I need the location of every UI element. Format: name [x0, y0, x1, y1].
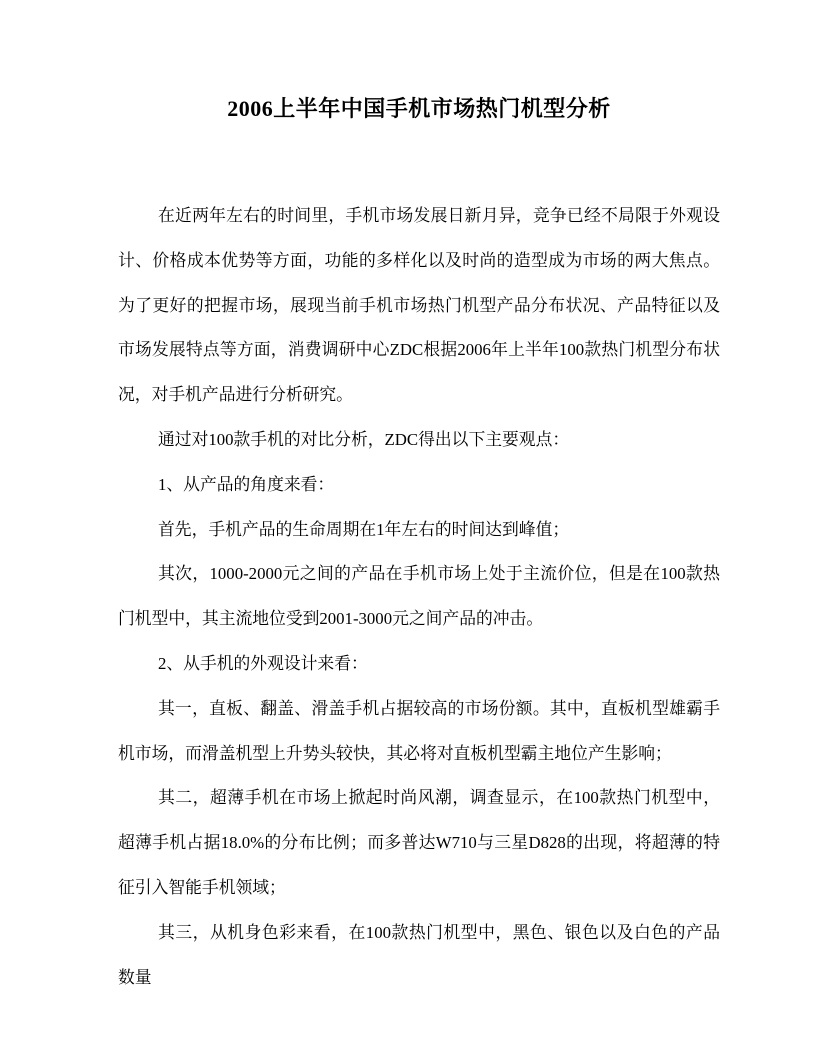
point-three-paragraph: 其三，从机身色彩来看，在100款热门机型中，黑色、银色以及白色的产品数量 — [118, 911, 720, 1001]
section-2-heading: 2、从手机的外观设计来看： — [118, 642, 720, 687]
summary-lead-paragraph: 通过对100款手机的对比分析，ZDC得出以下主要观点： — [118, 418, 720, 463]
document-body: 在近两年左右的时间里，手机市场发展日新月异，竞争已经不局限于外观设计、价格成本优… — [118, 194, 720, 1000]
document-page: 2006上半年中国手机市场热门机型分析 在近两年左右的时间里，手机市场发展日新月… — [0, 0, 816, 1056]
intro-paragraph: 在近两年左右的时间里，手机市场发展日新月异，竞争已经不局限于外观设计、价格成本优… — [118, 194, 720, 418]
point-one-paragraph: 其一，直板、翻盖、滑盖手机占据较高的市场份额。其中，直板机型雄霸手机市场，而滑盖… — [118, 687, 720, 777]
point-two-paragraph: 其二，超薄手机在市场上掀起时尚风潮，调查显示，在100款热门机型中，超薄手机占据… — [118, 776, 720, 910]
section-1-heading: 1、从产品的角度来看： — [118, 463, 720, 508]
point-second-paragraph: 其次，1000-2000元之间的产品在手机市场上处于主流价位，但是在100款热门… — [118, 552, 720, 642]
point-first-paragraph: 首先，手机产品的生命周期在1年左右的时间达到峰值； — [118, 508, 720, 553]
document-title: 2006上半年中国手机市场热门机型分析 — [118, 0, 720, 123]
